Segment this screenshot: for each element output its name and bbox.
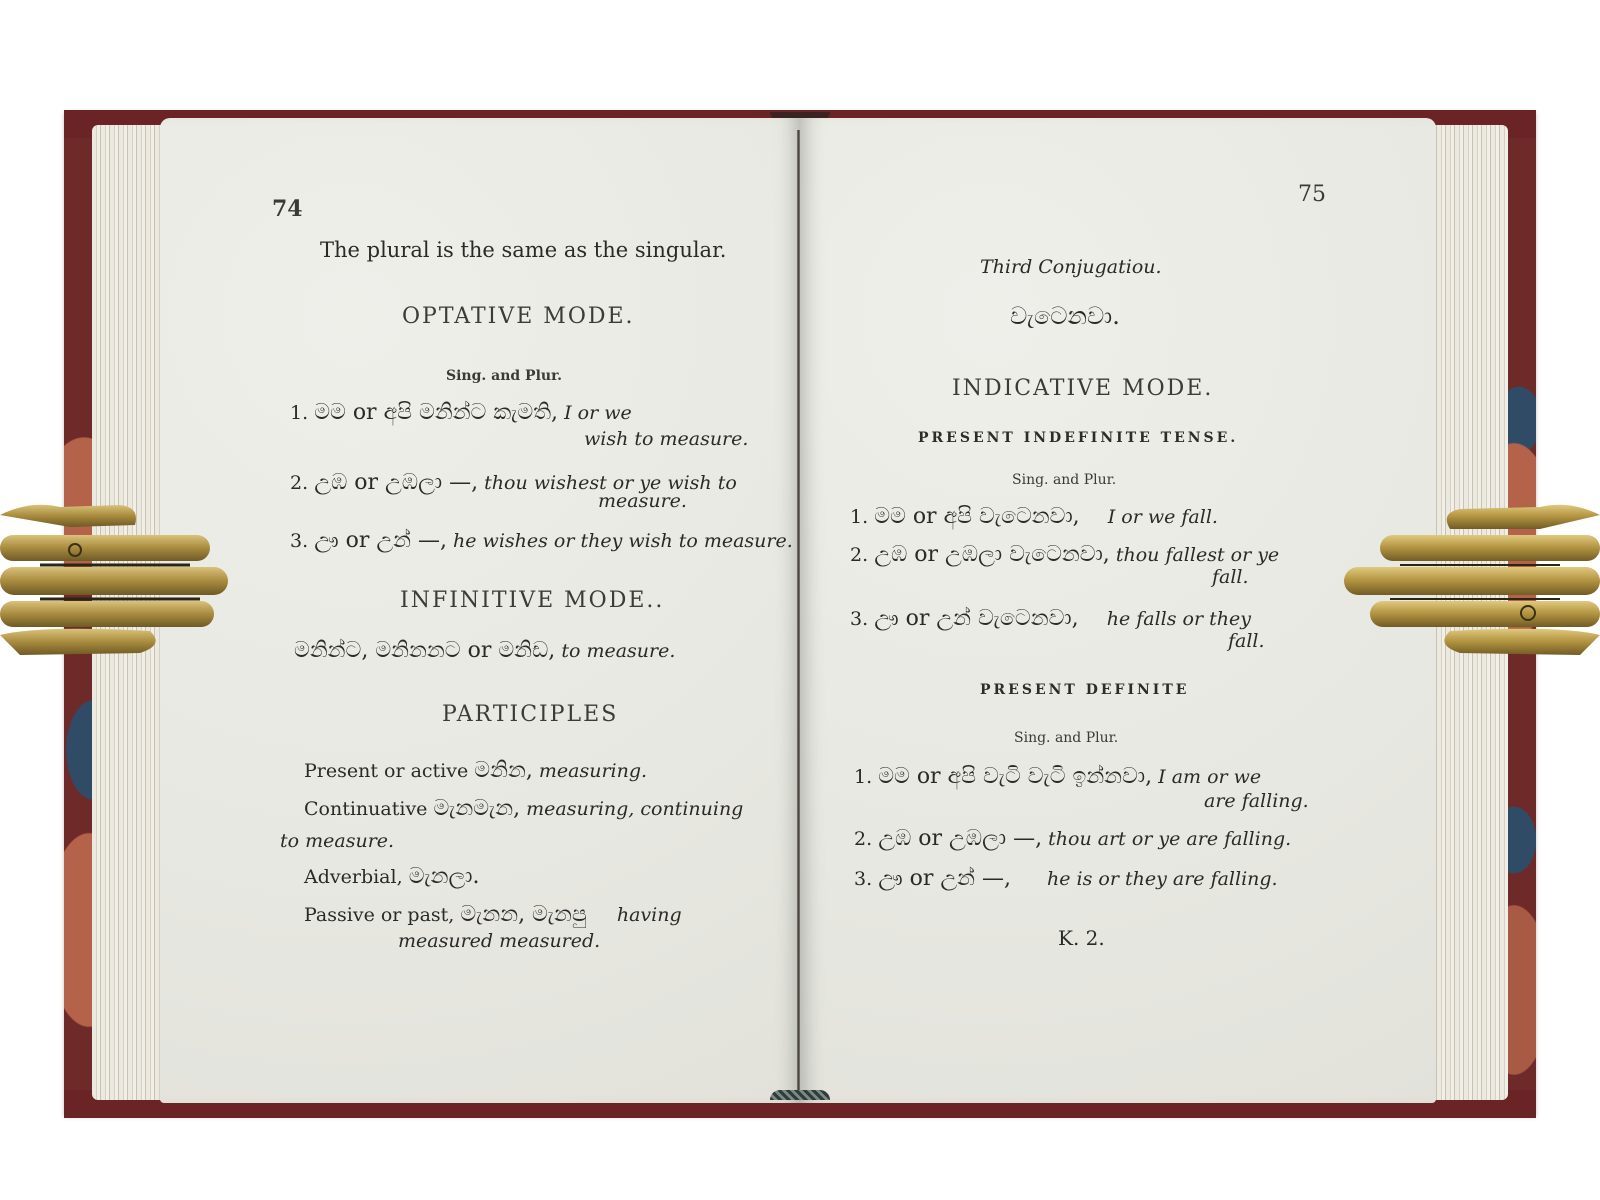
sinhala-text: උඹ or උඹලා —,	[314, 470, 478, 495]
sinhala-text: මම or අපි වැටෙනවා,	[874, 504, 1080, 529]
verb-headword: වැටෙනවා.	[1010, 302, 1120, 330]
english-text: I or we fall.	[1108, 506, 1218, 528]
english-text: having	[617, 904, 682, 926]
definite-row-1: 1. මම or අපි වැටි වැටි ඉන්නවා, I am or w…	[854, 764, 1261, 789]
indicative-heading: INDICATIVE MODE.	[952, 376, 1213, 401]
participle-continuative-cont: to measure.	[280, 830, 394, 852]
row-number: 3.	[850, 608, 868, 630]
sinhala-text: මැනමැන,	[433, 796, 520, 821]
sing-plur-label: Sing. and Plur.	[1012, 472, 1116, 488]
sinhala-text: ඌ or උන් —,	[878, 866, 1011, 891]
participle-label: Adverbial,	[304, 866, 403, 888]
english-text: he wishes or they wish to measure.	[453, 530, 793, 552]
row-number: 3.	[854, 868, 872, 890]
row-number: 1.	[854, 766, 872, 788]
row-number: 1.	[850, 506, 868, 528]
left-page: 74 The plural is the same as the singula…	[160, 118, 800, 1103]
definite-row-3: 3. ඌ or උන් —, he is or they are falling…	[854, 866, 1278, 891]
english-text: he falls or they	[1107, 608, 1251, 630]
english-text: I or we	[564, 402, 632, 424]
row-number: 3.	[290, 530, 308, 552]
headband-bottom	[770, 1090, 830, 1100]
indefinite-row-3-cont: fall.	[1228, 630, 1265, 652]
english-text: thou fallest or ye	[1116, 544, 1279, 566]
optative-row-2-cont: measure.	[598, 490, 687, 512]
sinhala-text: මනින්ට, මනිනනට or මනිඩ,	[294, 638, 555, 663]
english-text: to measure.	[561, 640, 675, 662]
optative-row-3: 3. ඌ or උන් —, he wishes or they wish to…	[290, 528, 793, 553]
sinhala-text: මනින,	[474, 758, 533, 783]
english-text: measuring, continuing	[526, 798, 743, 820]
brass-hand-left-icon	[0, 495, 240, 675]
participle-label: Present or active	[304, 760, 468, 782]
sinhala-text: උඹ or උඹලා —,	[878, 826, 1042, 851]
sinhala-text: මැනන, මැනපු	[460, 902, 586, 927]
participle-continuative: Continuative මැනමැන, measuring, continui…	[304, 796, 743, 821]
book-gutter	[797, 130, 800, 1090]
present-indefinite-heading: PRESENT INDEFINITE TENSE.	[918, 430, 1238, 446]
optative-row-1: 1. මම or අපි මනින්ට කැමති, I or we	[290, 400, 632, 425]
optative-row-1-cont: wish to measure.	[584, 428, 748, 450]
row-number: 1.	[290, 402, 308, 424]
indefinite-row-1: 1. මම or අපි වැටෙනවා, I or we fall.	[850, 504, 1218, 529]
english-text: measuring.	[539, 760, 647, 782]
participle-present: Present or active මනින, measuring.	[304, 758, 647, 783]
row-number: 2.	[290, 472, 308, 494]
indefinite-row-2-cont: fall.	[1212, 566, 1249, 588]
present-definite-heading: PRESENT DEFINITE	[980, 682, 1189, 698]
sinhala-text: ඌ or උන් —,	[314, 528, 447, 553]
indefinite-row-3: 3. ඌ or උන් වැටෙනවා, he falls or they	[850, 606, 1251, 631]
english-text: I am or we	[1158, 766, 1261, 788]
signature-mark: K. 2.	[1058, 926, 1105, 950]
indefinite-row-2: 2. උඹ or උඹලා වැටෙනවා, thou fallest or y…	[850, 542, 1279, 567]
sinhala-text: මැනලා.	[409, 864, 480, 889]
participle-passive-cont: measured measured.	[398, 930, 600, 952]
definite-row-1-cont: are falling.	[1204, 790, 1309, 812]
page-number: 75	[1298, 182, 1326, 207]
infinitive-heading: INFINITIVE MODE..	[400, 588, 664, 613]
infinitive-line: මනින්ට, මනිනනට or මනිඩ, to measure.	[294, 638, 675, 663]
definite-row-2: 2. උඹ or උඹලා —, thou art or ye are fall…	[854, 826, 1291, 851]
english-text: he is or they are falling.	[1047, 868, 1278, 890]
intro-text: The plural is the same as the singular.	[320, 238, 727, 262]
sinhala-text: මම or අපි මනින්ට කැමති,	[314, 400, 558, 425]
page-number: 74	[272, 196, 303, 222]
english-text: thou art or ye are falling.	[1048, 828, 1291, 850]
participle-passive: Passive or past, මැනන, මැනපු having	[304, 902, 682, 927]
sinhala-text: උඹ or උඹලා වැටෙනවා,	[874, 542, 1110, 567]
brass-hand-right-icon	[1340, 495, 1600, 675]
sing-plur-label: Sing. and Plur.	[446, 368, 562, 384]
participle-label: Continuative	[304, 798, 427, 820]
sing-plur-label: Sing. and Plur.	[1014, 730, 1118, 746]
participle-adverbial: Adverbial, මැනලා.	[304, 864, 480, 889]
participle-label: Passive or past,	[304, 904, 454, 926]
optative-heading: OPTATIVE MODE.	[402, 304, 635, 329]
row-number: 2.	[850, 544, 868, 566]
conjugation-title: Third Conjugatiou.	[980, 256, 1162, 278]
sinhala-text: මම or අපි වැටි වැටි ඉන්නවා,	[878, 764, 1152, 789]
participles-heading: PARTICIPLES	[442, 702, 618, 727]
sinhala-text: ඌ or උන් වැටෙනවා,	[874, 606, 1078, 631]
row-number: 2.	[854, 828, 872, 850]
